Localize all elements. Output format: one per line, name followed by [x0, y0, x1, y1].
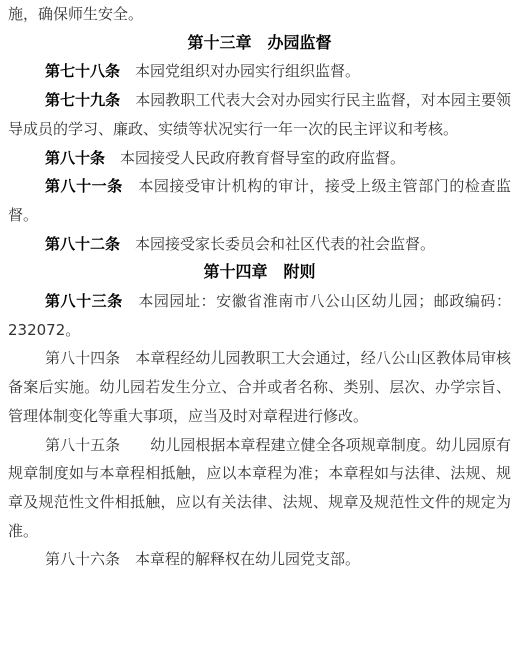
article-paragraph-78: 第七十八条 本园党组织对办园实行组织监督。 [8, 57, 511, 86]
article-81-number: 第八十一条 [45, 177, 123, 195]
article-paragraph-85: 第八十五条 幼儿园根据本章程建立健全各项规章制度。幼儿园原有规章制度如与本章程相… [8, 431, 511, 546]
article-paragraph-82: 第八十二条 本园接受家长委员会和社区代表的社会监督。 [8, 230, 511, 259]
document-page: 施，确保师生安全。 第十三章 办园监督 第七十八条 本园党组织对办园实行组织监督… [0, 0, 519, 574]
article-85-number: 第八十五条 [45, 436, 120, 454]
article-paragraph-83: 第八十三条 本园园址：安徽省淮南市八公山区幼儿园；邮政编码：232072。 [8, 287, 511, 344]
article-paragraph-81: 第八十一条 本园接受审计机构的审计，接受上级主管部门的检查监督。 [8, 172, 511, 229]
article-79-number: 第七十九条 [45, 91, 120, 109]
article-paragraph-86: 第八十六条 本章程的解释权在幼儿园党支部。 [8, 545, 511, 574]
article-82-number: 第八十二条 [45, 235, 120, 253]
article-78-text: 本园党组织对办园实行组织监督。 [120, 62, 360, 80]
article-80-text: 本园接受人民政府教育督导室的政府监督。 [105, 149, 405, 167]
article-84-number: 第八十四条 [45, 349, 120, 367]
article-80-number: 第八十条 [45, 149, 105, 167]
chapter-heading-14: 第十四章 附则 [8, 258, 511, 287]
article-86-number: 第八十六条 [45, 550, 120, 568]
article-83-number: 第八十三条 [45, 292, 123, 310]
paragraph-continuation: 施，确保师生安全。 [8, 0, 511, 29]
article-paragraph-84: 第八十四条 本章程经幼儿园教职工大会通过，经八公山区教体局审核备案后实施。幼儿园… [8, 344, 511, 430]
article-86-text: 本章程的解释权在幼儿园党支部。 [120, 550, 360, 568]
article-paragraph-80: 第八十条 本园接受人民政府教育督导室的政府监督。 [8, 144, 511, 173]
article-paragraph-79: 第七十九条 本园教职工代表大会对办园实行民主监督，对本园主要领导成员的学习、廉政… [8, 86, 511, 143]
article-82-text: 本园接受家长委员会和社区代表的社会监督。 [120, 235, 435, 253]
article-78-number: 第七十八条 [45, 62, 120, 80]
chapter-heading-13: 第十三章 办园监督 [8, 29, 511, 58]
